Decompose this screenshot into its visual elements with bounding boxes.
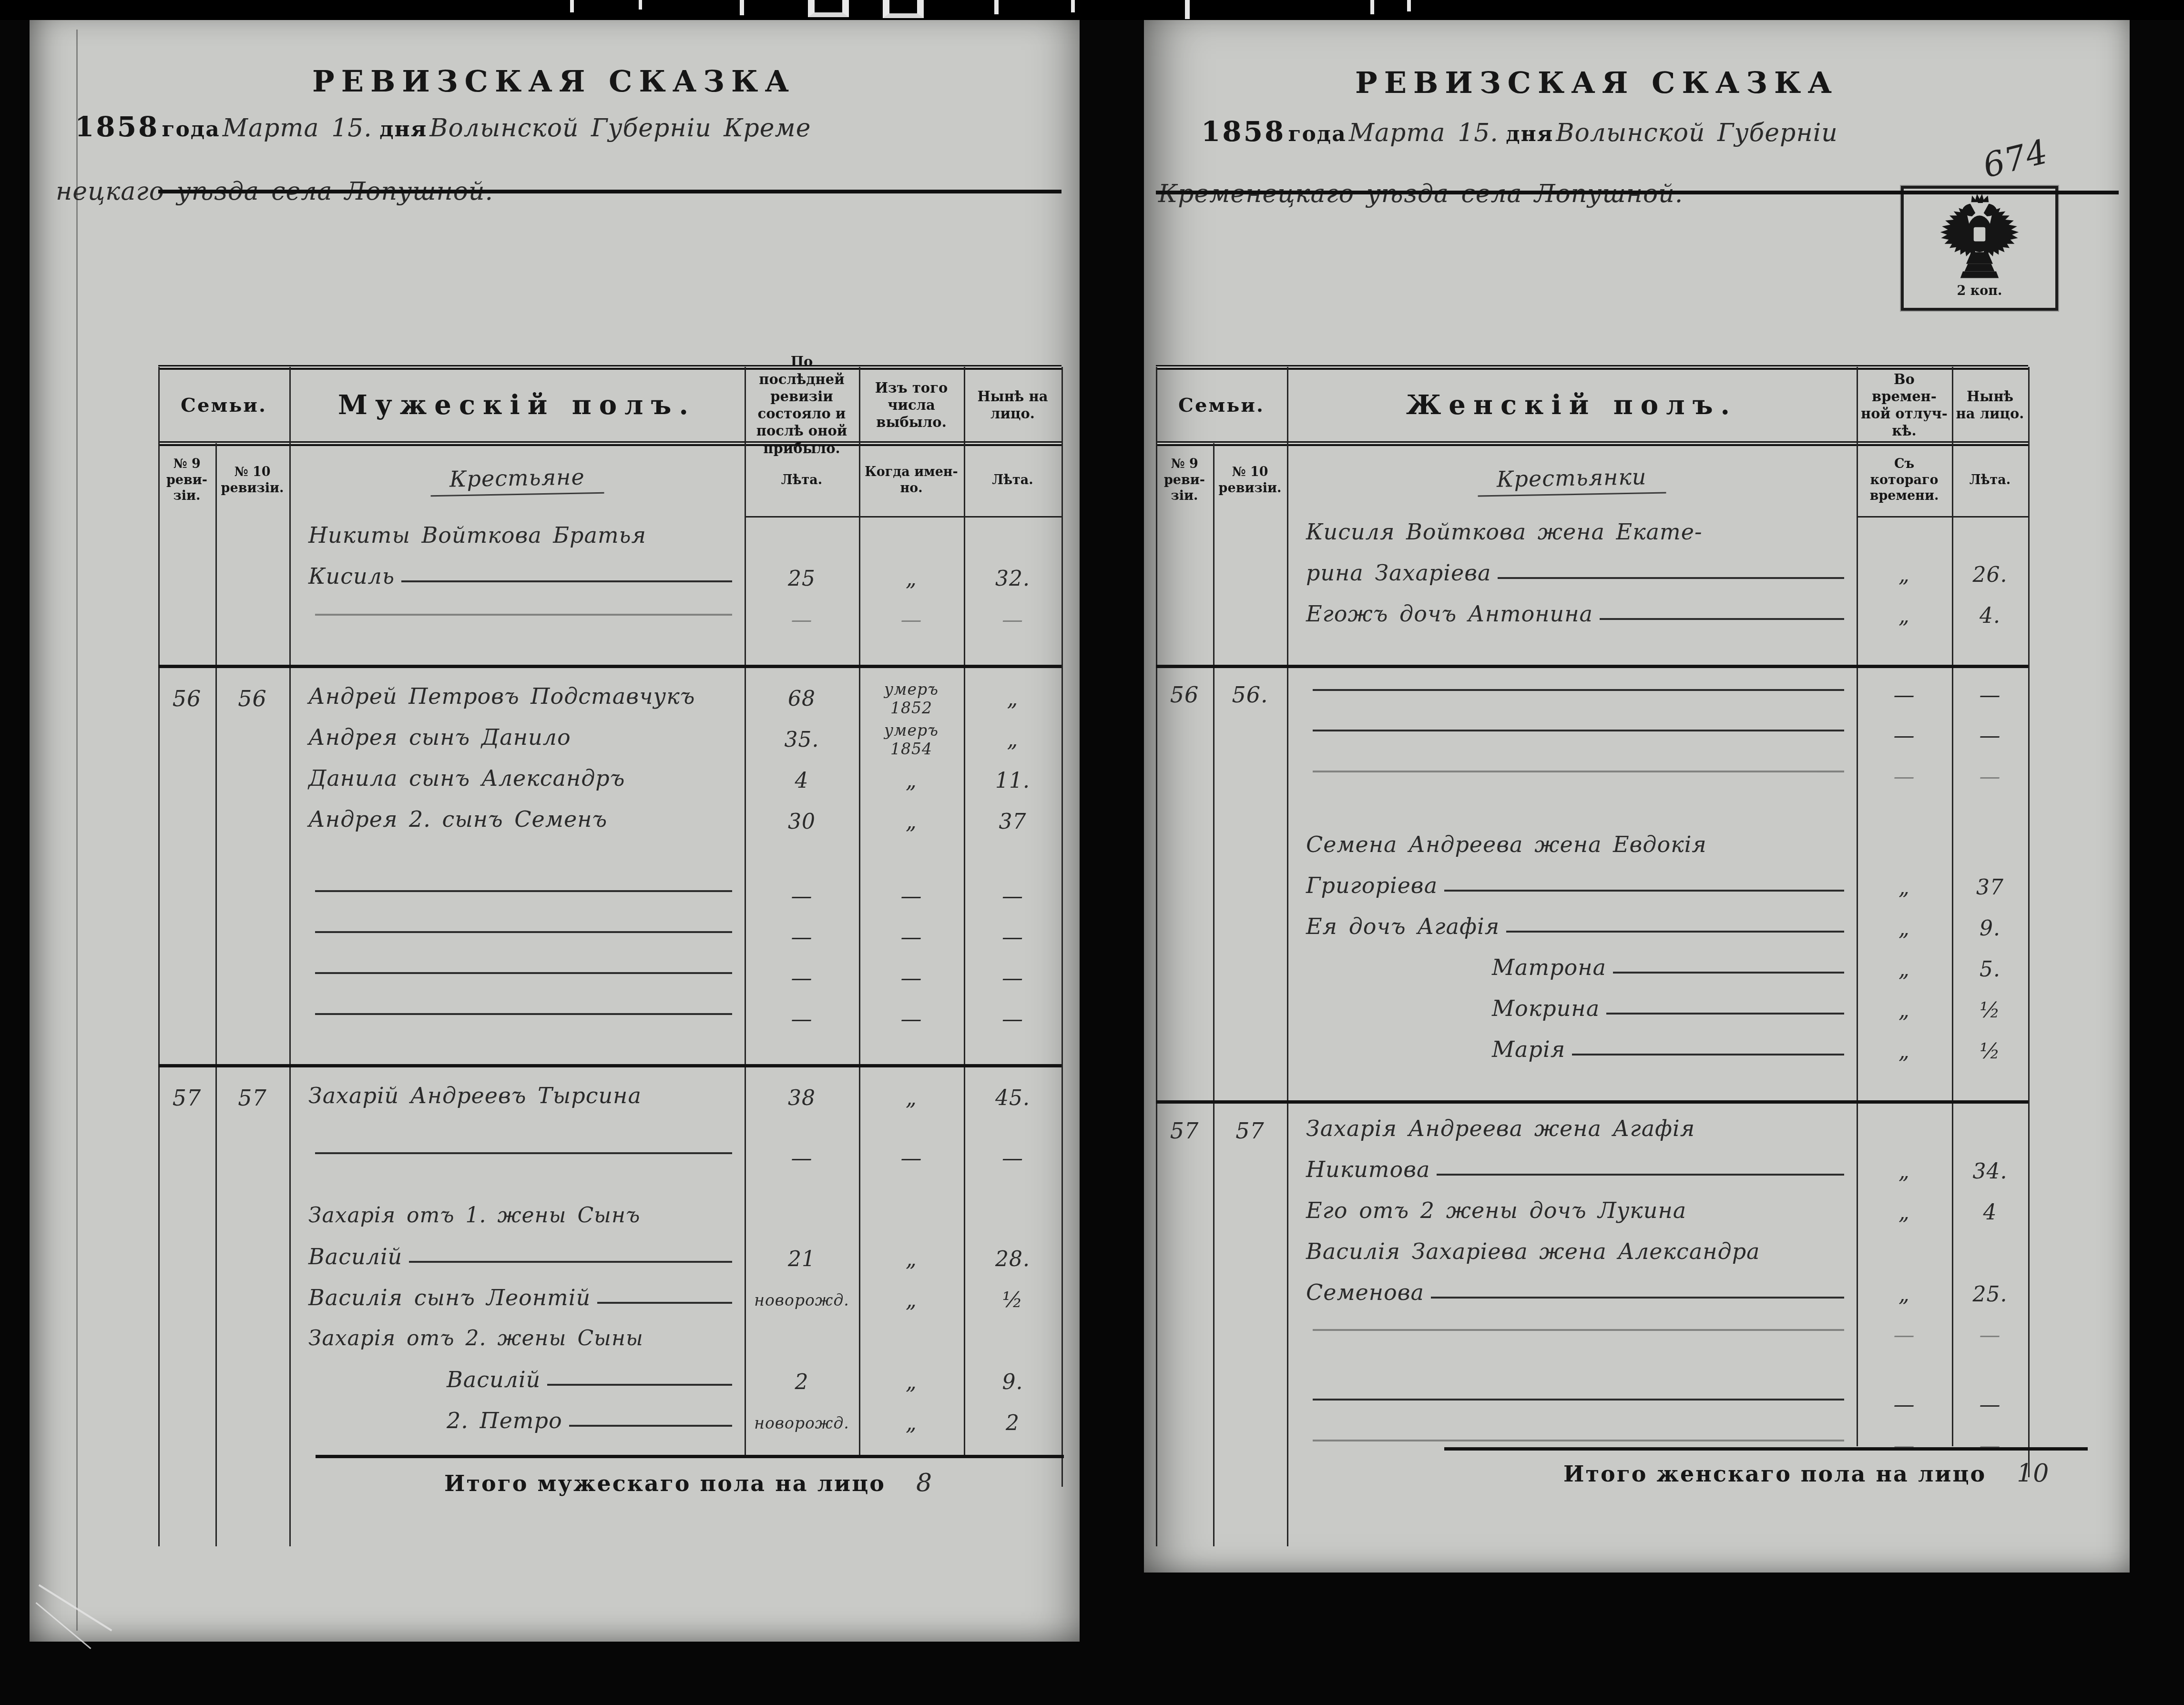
person-name-cell: Марія	[1287, 1038, 1857, 1065]
table-row: Ея дочъ Агафія „ 9.	[1156, 912, 2028, 953]
value-cell-3: 11.	[964, 769, 1061, 793]
person-name: Захарій Андреевъ Тырсина	[308, 1085, 642, 1111]
value-cell-1: 21	[745, 1247, 859, 1271]
person-name: Кисиль	[308, 565, 395, 592]
value-cell-1: „	[1857, 563, 1952, 587]
person-name-cell: Захарія отъ 2. жены Сыны	[289, 1328, 745, 1354]
person-name-cell	[1287, 730, 1857, 741]
value-cell-3: —	[964, 884, 1061, 908]
value-cell-2: „	[859, 567, 964, 591]
person-name-cell	[289, 614, 745, 625]
section-divider	[158, 1039, 1061, 1077]
value-cell-1: —	[745, 966, 859, 990]
person-name: Никиты Войткова Братья	[308, 524, 646, 551]
film-mark	[1071, 0, 1075, 12]
person-name: Василій	[308, 1246, 402, 1272]
value-cell-2: —	[1952, 723, 2028, 748]
value-cell-2: 9.	[1952, 916, 2028, 941]
family-no-10th-revision: 56.	[1213, 682, 1287, 708]
table-row: — — —	[158, 916, 1061, 957]
table-row: Марія „ ½	[1156, 1035, 2028, 1076]
person-name-cell	[1287, 771, 1857, 782]
person-name-cell	[1287, 1329, 1857, 1340]
female-table-body: Кисиля Войткова жена Екате- рина Захаріе…	[1156, 517, 2028, 1470]
table-row: Григоріева „ 37	[1156, 871, 2028, 912]
date-line: 1858 года Марта 15. дня Волынской Губерн…	[1201, 115, 1838, 148]
col-present: Нынѣ на лицо.	[1952, 367, 2028, 443]
value-cell-1: —	[745, 1146, 859, 1170]
person-name-cell: Захарія отъ 1. жены Сынъ	[289, 1205, 745, 1231]
person-name: Марія	[1492, 1038, 1565, 1065]
value-cell-1: —	[1857, 1392, 1952, 1417]
value-cell-1: —	[1857, 1323, 1952, 1347]
fill-rule	[401, 580, 732, 582]
subcol-years: Лѣта.	[1952, 443, 2028, 517]
fill-rule	[315, 1013, 732, 1015]
value-cell-3: —	[964, 966, 1061, 990]
value-cell-3: 45.	[964, 1086, 1061, 1110]
person-name-cell: Мокрина	[1287, 997, 1857, 1024]
fill-rule	[1606, 1013, 1844, 1015]
col-line	[2028, 367, 2030, 1477]
person-name-cell	[289, 931, 745, 943]
table-row: Данила сынъ Александръ 4 „ 11.	[158, 760, 1061, 801]
person-name-cell: Василій	[289, 1369, 745, 1395]
value-cell-3: 32.	[964, 567, 1061, 591]
value-cell-2: —	[1952, 764, 2028, 789]
value-cell-2: „	[859, 1288, 964, 1312]
family-no-10th-revision: 57	[1213, 1118, 1287, 1144]
person-name-cell	[1287, 1399, 1857, 1410]
person-name-cell: Василія сынъ Леонтій	[289, 1287, 745, 1313]
person-name-cell: Никитова	[1287, 1158, 1857, 1185]
table-row: Андрея сынъ Данило 35. умеръ 1854 „	[158, 719, 1061, 760]
family-no-9th-revision: 56	[1156, 682, 1213, 708]
value-cell-1: новорожд.	[745, 1291, 859, 1309]
fill-rule	[315, 931, 732, 933]
table-row: Егожъ дочъ Антонина „ 4.	[1156, 599, 2028, 640]
value-cell-1: 2	[745, 1370, 859, 1394]
footer-rule	[1444, 1447, 2088, 1451]
person-name: Его отъ 2 жены дочъ Лукина	[1306, 1199, 1686, 1226]
value-cell-2: 5.	[1952, 957, 2028, 982]
person-name: Егожъ дочъ Антонина	[1306, 603, 1593, 629]
value-cell-2: 26.	[1952, 563, 2028, 587]
col-temp-absence: Во времен­ной отлуч­кѣ.	[1857, 367, 1952, 443]
fill-rule	[409, 1261, 732, 1263]
revenue-stamp: 2 коп.	[1901, 186, 2058, 311]
table-row: Василій 2 „ 9.	[158, 1361, 1061, 1402]
table-row: 56 56. — —	[1156, 678, 2028, 719]
fill-rule	[315, 614, 732, 616]
film-strip	[0, 0, 2184, 20]
table-row: Захарія отъ 2. жены Сыны	[158, 1320, 1061, 1361]
value-cell-2: —	[1952, 1392, 2028, 1417]
table-row: Кисиль 25 „ 32.	[158, 558, 1061, 599]
value-cell-2: —	[859, 1146, 964, 1170]
person-name: Андрея сынъ Данило	[308, 726, 571, 753]
person-name: Ея дочъ Агафія	[1306, 915, 1500, 942]
value-cell-1: новорожд.	[745, 1414, 859, 1432]
person-name-cell: Захарія Андреева жена Агафія	[1287, 1117, 1857, 1144]
day-word: дня	[379, 117, 427, 142]
value-cell-2: 4	[1952, 1200, 2028, 1225]
table-row: Захарія отъ 1. жены Сынъ	[158, 1198, 1061, 1238]
top-rule	[158, 190, 1061, 193]
table-row: Его отъ 2 жены дочъ Лукина „ 4	[1156, 1196, 2028, 1237]
female-total-value: 10	[2017, 1459, 2049, 1488]
value-cell-2: —	[859, 884, 964, 908]
fill-rule	[1600, 618, 1844, 620]
page-title: РЕВИЗСКАЯ СКАЗКА	[125, 64, 983, 99]
person-name-cell	[289, 1013, 745, 1025]
fill-rule	[1313, 730, 1844, 731]
person-name: Захарія отъ 1. жены Сынъ	[308, 1205, 640, 1231]
value-cell-1: —	[1857, 764, 1952, 789]
fill-rule	[1313, 689, 1844, 691]
table-row: Василія сынъ Леонтій новорожд. „ ½	[158, 1279, 1061, 1320]
value-cell-1: 68	[745, 687, 859, 711]
person-name: Мокрина	[1492, 997, 1600, 1024]
fill-rule	[1313, 1399, 1844, 1401]
value-cell-2: умеръ 1854	[859, 721, 964, 758]
value-cell-2: „	[859, 1370, 964, 1394]
subcol-when: Когда имен­но.	[859, 443, 964, 517]
table-row: — — —	[158, 875, 1061, 916]
place-script-1: Волынской Губерніи	[1556, 119, 1838, 147]
page-stack-edge	[36, 1602, 92, 1649]
footer-rule	[316, 1455, 1064, 1458]
col-family: Семьи.	[158, 367, 289, 443]
person-name-cell: Кисиля Войткова жена Екате-	[1287, 521, 1857, 548]
value-cell-3: 2	[964, 1411, 1061, 1435]
value-cell-2: —	[859, 966, 964, 990]
table-row: Никитова „ 34.	[1156, 1155, 2028, 1196]
value-cell-3: „	[964, 687, 1061, 711]
family-no-9th-revision: 57	[158, 1085, 215, 1111]
fill-rule	[1444, 890, 1844, 892]
value-cell-3: 37	[964, 810, 1061, 834]
value-cell-1: „	[1857, 1039, 1952, 1064]
subcol-rev10: № 10 реви­зіи.	[1213, 443, 1287, 517]
value-cell-2: „	[859, 1247, 964, 1271]
subcol-years-2: Лѣта.	[964, 443, 1061, 517]
person-name: Василія Захаріева жена Александра	[1306, 1240, 1760, 1267]
person-name-cell: Ея дочъ Агафія	[1287, 915, 1857, 942]
col-female-sex: Женскій полъ.	[1287, 367, 1857, 443]
person-name: Василій	[447, 1369, 541, 1395]
film-mark	[1407, 0, 1411, 11]
table-row: — —	[1156, 719, 2028, 760]
table-row: Мокрина „ ½	[1156, 994, 2028, 1035]
value-cell-2: ½	[1952, 998, 2028, 1023]
table-row: Кисиля Войткова жена Екате-	[1156, 517, 2028, 558]
person-name-cell: Никиты Войткова Братья	[289, 524, 745, 551]
value-cell-2: —	[859, 1007, 964, 1031]
person-name: Андрея 2. сынъ Семенъ	[308, 808, 607, 835]
value-cell-3: —	[964, 1007, 1061, 1031]
person-name: Захарія отъ 2. жены Сыны	[308, 1328, 643, 1354]
value-cell-2: 34.	[1952, 1159, 2028, 1184]
person-name-cell: Егожъ дочъ Антонина	[1287, 603, 1857, 629]
value-cell-1: „	[1857, 957, 1952, 982]
fill-rule	[1506, 931, 1844, 933]
person-name: рина Захаріева	[1306, 562, 1491, 589]
table-row: Василія Захаріева жена Александра	[1156, 1237, 2028, 1278]
person-name-cell: Семена Андреева жена Евдокія	[1287, 833, 1857, 860]
male-table-body: Никиты Войткова Братья Кисиль 25 „ 32. —…	[158, 517, 1061, 1443]
fill-rule	[1431, 1297, 1844, 1299]
film-mark	[1185, 0, 1190, 19]
month-day-script: Марта 15.	[223, 114, 372, 142]
table-row: — — —	[158, 998, 1061, 1039]
value-cell-1: „	[1857, 1200, 1952, 1225]
value-cell-2: ½	[1952, 1039, 2028, 1064]
table-row: 57 57 Захарія Андреева жена Агафія	[1156, 1114, 2028, 1155]
table-row: — —	[1156, 1319, 2028, 1360]
film-mark	[808, 0, 849, 17]
col-present: Нынѣ на лицо.	[964, 367, 1061, 443]
table-row: Семена Андреева жена Евдокія	[1156, 830, 2028, 871]
value-cell-1: „	[1857, 604, 1952, 628]
day-word: дня	[1506, 122, 1553, 146]
subcol-rev10: № 10 реви­зіи.	[215, 443, 289, 517]
value-cell-1: —	[745, 608, 859, 632]
value-cell-2: „	[859, 1411, 964, 1435]
person-name: Григоріева	[1306, 874, 1438, 901]
value-cell-3: „	[964, 728, 1061, 752]
page-number: 674	[1979, 132, 2051, 186]
family-no-10th-revision: 56	[215, 686, 289, 711]
value-cell-2: 37	[1952, 875, 2028, 900]
top-rule	[1156, 191, 2119, 194]
col-last-revision: По послѣдней ревизіи состояло и послѣ он…	[745, 367, 859, 443]
person-name: 2. Петро	[447, 1410, 562, 1436]
subcol-since: Съ котораго времени.	[1857, 443, 1952, 517]
value-cell-2: 25.	[1952, 1282, 2028, 1307]
male-total-value: 8	[916, 1469, 932, 1497]
fill-rule	[547, 1384, 732, 1386]
table-row: — —	[1156, 760, 2028, 801]
month-day-script: Марта 15.	[1349, 119, 1499, 147]
fill-rule	[1437, 1174, 1844, 1176]
male-total-line: Итого мужескаго пола на лицо 8	[444, 1469, 932, 1497]
subcol-class: Крестьяне	[289, 443, 745, 517]
family-no-10th-revision: 57	[215, 1085, 289, 1111]
person-name-cell: Андрей Петровъ Подставчукъ	[289, 685, 745, 712]
film-mark	[994, 0, 999, 14]
col-family: Семьи.	[1156, 367, 1287, 443]
family-no-9th-revision: 56	[158, 686, 215, 711]
fill-rule	[1313, 771, 1844, 772]
value-cell-3: ½	[964, 1288, 1061, 1312]
value-cell-2: „	[859, 769, 964, 793]
subcol-rev9: № 9 реви­зіи.	[158, 443, 215, 517]
person-name-cell: рина Захаріева	[1287, 562, 1857, 589]
table-row: Андрея 2. сынъ Семенъ 30 „ 37	[158, 801, 1061, 842]
place-script-1: Волынской Губерніи Креме	[429, 114, 811, 142]
person-name: Андрей Петровъ Подставчукъ	[308, 685, 695, 712]
value-cell-3: —	[964, 608, 1061, 632]
fill-rule	[1498, 577, 1844, 579]
year-word: года	[162, 117, 220, 142]
person-name: Захарія Андреева жена Агафія	[1306, 1117, 1695, 1144]
person-name-cell: Семенова	[1287, 1281, 1857, 1308]
value-cell-3: 28.	[964, 1247, 1061, 1271]
table-row: Никиты Войткова Братья	[158, 517, 1061, 558]
value-cell-1: 30	[745, 810, 859, 834]
fill-rule	[1572, 1054, 1844, 1055]
person-name-cell: Захарій Андреевъ Тырсина	[289, 1085, 745, 1111]
film-mark	[570, 0, 574, 12]
person-name-cell: Василія Захаріева жена Александра	[1287, 1240, 1857, 1267]
value-cell-2: „	[859, 1086, 964, 1110]
table-row: 57 57 Захарій Андреевъ Тырсина 38 „ 45.	[158, 1077, 1061, 1118]
value-cell-3: 9.	[964, 1370, 1061, 1394]
person-name-cell	[289, 890, 745, 902]
value-cell-2: —	[1952, 1433, 2028, 1458]
table-row: 2. Петро новорожд. „ 2	[158, 1402, 1061, 1443]
person-name: Кисиля Войткова жена Екате-	[1306, 521, 1702, 548]
value-cell-1: —	[745, 925, 859, 949]
right-page: РЕВИЗСКАЯ СКАЗКА 1858 года Марта 15. дня…	[1144, 20, 2130, 1573]
value-cell-1: —	[1857, 683, 1952, 707]
section-divider	[1156, 640, 2028, 678]
person-name-cell: Его отъ 2 жены дочъ Лукина	[1287, 1199, 1857, 1226]
film-mark	[1370, 0, 1374, 14]
value-cell-1: —	[745, 1007, 859, 1031]
person-name-cell: 2. Петро	[289, 1410, 745, 1436]
person-name: Матрона	[1492, 956, 1606, 983]
value-cell-1: „	[1857, 875, 1952, 900]
table-row: Василій 21 „ 28.	[158, 1238, 1061, 1279]
page-title: РЕВИЗСКАЯ СКАЗКА	[1263, 65, 1930, 100]
table-row: — —	[1156, 1388, 2028, 1429]
person-name-cell: Андрея сынъ Данило	[289, 726, 745, 753]
page-stack-edge	[39, 1584, 112, 1632]
subcol-class: Крестьянки	[1287, 443, 1857, 517]
year-word: года	[1288, 122, 1347, 146]
value-cell-3: —	[964, 1146, 1061, 1170]
female-total-label: Итого женскаго пола на лицо	[1563, 1461, 1986, 1487]
value-cell-1: 4	[745, 769, 859, 793]
year: 1858	[1201, 115, 1286, 148]
fill-rule	[569, 1425, 732, 1427]
person-name-cell: Григоріева	[1287, 874, 1857, 901]
value-cell-1: —	[1857, 723, 1952, 748]
film-mark	[639, 0, 642, 10]
value-cell-2: „	[859, 810, 964, 834]
date-line: 1858 года Марта 15. дня Волынской Губерн…	[75, 111, 811, 143]
subcol-years-1: Лѣта.	[745, 443, 859, 517]
col-line	[1061, 367, 1063, 1487]
value-cell-1: „	[1857, 1282, 1952, 1307]
value-cell-2: —	[1952, 683, 2028, 707]
table-row: рина Захаріева „ 26.	[1156, 558, 2028, 599]
subcol-rev9: № 9 реви­зіи.	[1156, 443, 1213, 517]
table-row: 56 56 Андрей Петровъ Подставчукъ 68 умер…	[158, 678, 1061, 719]
value-cell-2: умеръ 1852	[859, 680, 964, 717]
year: 1858	[75, 111, 159, 143]
value-cell-2: —	[1952, 1323, 2028, 1347]
person-name: Василія сынъ Леонтій	[308, 1287, 591, 1313]
value-cell-1: „	[1857, 1159, 1952, 1184]
value-cell-1: 35.	[745, 728, 859, 752]
table-row: Матрона „ 5.	[1156, 953, 2028, 994]
fill-rule	[1313, 1329, 1844, 1331]
fill-rule	[315, 890, 732, 892]
page-crease	[76, 30, 78, 1631]
col-male-sex: Мужескій полъ.	[289, 367, 745, 443]
person-name-cell: Василій	[289, 1246, 745, 1272]
person-name-cell	[289, 1152, 745, 1164]
col-departed: Изъ того числа выбыло.	[859, 367, 964, 443]
person-name-cell	[289, 972, 745, 984]
person-name-cell	[1287, 689, 1857, 700]
person-name: Данила сынъ Александръ	[308, 767, 625, 794]
table-row: — — —	[158, 599, 1061, 640]
person-name-cell: Данила сынъ Александръ	[289, 767, 745, 794]
table-row: — — —	[158, 957, 1061, 998]
value-cell-1: 25	[745, 567, 859, 591]
film-mark	[883, 0, 924, 18]
value-cell-1: —	[745, 884, 859, 908]
stamp-price: 2 коп.	[1957, 284, 2002, 298]
fill-rule	[1613, 972, 1844, 974]
value-cell-2: —	[859, 925, 964, 949]
fill-rule	[315, 1152, 732, 1154]
fill-rule	[597, 1302, 732, 1304]
section-divider	[1156, 1076, 2028, 1114]
section-divider	[158, 640, 1061, 678]
value-cell-2: —	[859, 608, 964, 632]
male-total-label: Итого мужескаго пола на лицо	[444, 1471, 886, 1496]
fill-rule	[315, 972, 732, 974]
value-cell-1: „	[1857, 998, 1952, 1023]
value-cell-1: „	[1857, 916, 1952, 941]
value-cell-2: 4.	[1952, 604, 2028, 628]
person-name-cell: Кисиль	[289, 565, 745, 592]
person-name: Никитова	[1306, 1158, 1430, 1185]
person-name-cell: Андрея 2. сынъ Семенъ	[289, 808, 745, 835]
value-cell-3: —	[964, 925, 1061, 949]
table-row: Семенова „ 25.	[1156, 1278, 2028, 1319]
double-headed-eagle-icon	[1929, 192, 2030, 284]
family-no-9th-revision: 57	[1156, 1118, 1213, 1144]
film-mark	[740, 0, 744, 15]
person-name: Семенова	[1306, 1281, 1424, 1308]
female-total-line: Итого женскаго пола на лицо 10	[1563, 1459, 2049, 1488]
person-name-cell: Матрона	[1287, 956, 1857, 983]
value-cell-1: 38	[745, 1086, 859, 1110]
value-cell-1: —	[1857, 1433, 1952, 1458]
fill-rule	[1313, 1440, 1844, 1441]
person-name: Семена Андреева жена Евдокія	[1306, 833, 1707, 860]
left-page: РЕВИЗСКАЯ СКАЗКА 1858 года Марта 15. дня…	[30, 20, 1080, 1642]
table-row: — — —	[158, 1137, 1061, 1178]
